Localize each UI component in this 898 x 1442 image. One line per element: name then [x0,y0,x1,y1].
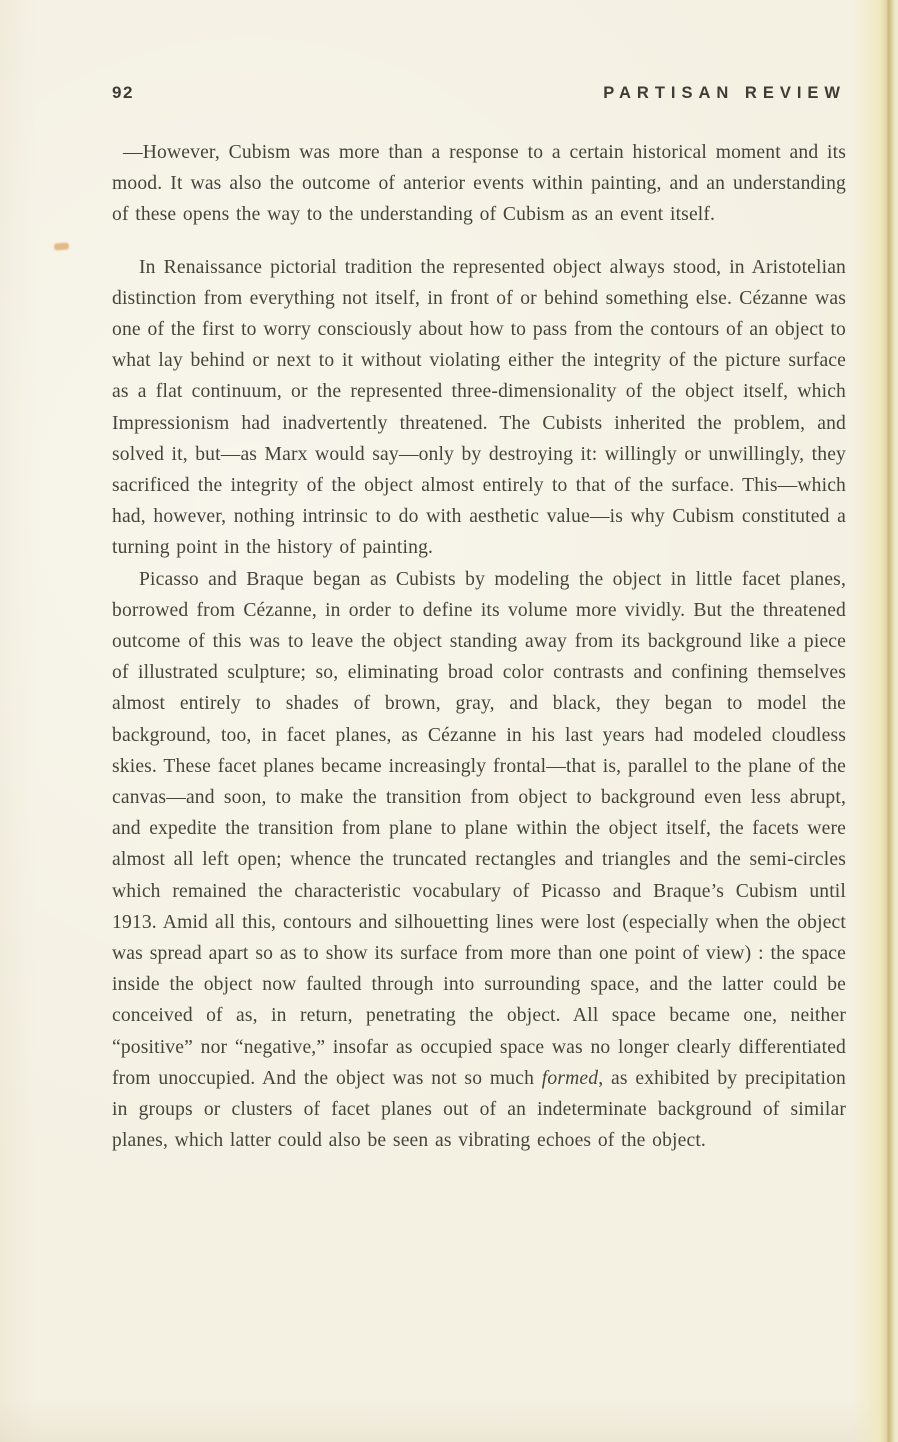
running-header: 92 PARTISAN REVIEW [112,83,846,103]
paragraph-3: Picasso and Braque began as Cubists by m… [112,564,846,1157]
body-text: —However, Cubism was more than a respons… [112,137,846,1157]
paragraph-2: In Renaissance pictorial tradition the r… [112,252,846,564]
margin-smudge [54,242,69,250]
paragraph-3-text: Picasso and Braque began as Cubists by m… [112,569,846,1089]
emphasized-word: formed [542,1068,598,1089]
page-number: 92 [112,83,134,103]
page-edge-shadow [852,0,898,1442]
paragraph-1: —However, Cubism was more than a respons… [112,137,846,231]
journal-title: PARTISAN REVIEW [603,84,846,103]
scanned-book-page: 92 PARTISAN REVIEW —However, Cubism was … [0,0,898,1442]
